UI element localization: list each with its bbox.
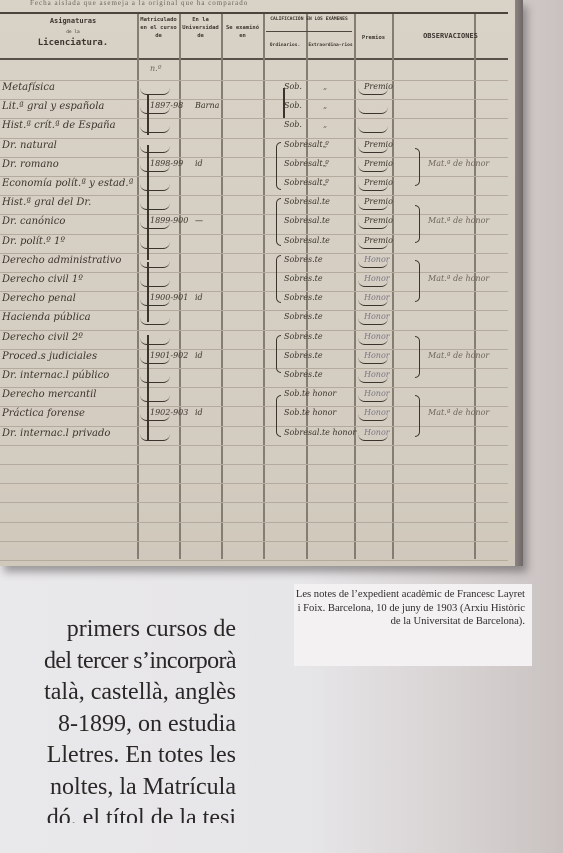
pen-stroke xyxy=(140,126,170,133)
pen-stroke xyxy=(358,203,388,210)
body-text-line: primers cursos de xyxy=(0,614,236,646)
row-rule xyxy=(0,464,508,465)
row-rule xyxy=(0,426,508,427)
row-subject: Dr. canónico xyxy=(2,216,65,227)
pen-stroke xyxy=(358,376,388,383)
row-rule xyxy=(0,330,508,331)
row-grade-ordinario: Sobres.te xyxy=(284,332,323,341)
header-examino-line2: en xyxy=(222,32,263,40)
observation-brace xyxy=(415,336,420,378)
pen-stroke xyxy=(140,357,170,364)
column-divider xyxy=(392,14,394,559)
pen-stroke xyxy=(140,395,170,402)
pen-stroke xyxy=(140,184,170,191)
row-rule xyxy=(0,234,508,235)
body-text-line: noltes, la Matrícula xyxy=(0,772,236,804)
row-subject: Derecho civil 1º xyxy=(2,274,83,285)
ledger-photo: Fecha aislada que asemeja a la original … xyxy=(0,0,523,566)
column-divider xyxy=(221,14,223,559)
column-divider xyxy=(354,14,356,559)
header-ordinarios: Ordinarios. xyxy=(264,42,306,50)
pen-stroke xyxy=(358,434,388,441)
row-universidad: id xyxy=(195,351,203,360)
row-subject: Economía polít.ª y estad.ª xyxy=(2,178,133,189)
grade-brace xyxy=(276,198,281,246)
header-universidad-line1: En la xyxy=(180,16,221,24)
row-grade-extra: „ xyxy=(323,101,327,110)
row-subject: Lit.ª gral y española xyxy=(2,101,104,112)
row-grade-ordinario: Sobres.te xyxy=(284,293,323,302)
body-text-line: Lletres. En totes les xyxy=(0,740,236,772)
column-divider xyxy=(263,14,265,559)
row-rule xyxy=(0,138,508,139)
row-subject: Hist.ª crít.ª de España xyxy=(2,120,116,131)
pen-stroke xyxy=(358,146,388,153)
row-observacion: Mat.ª de honor xyxy=(428,351,489,360)
pen-stroke xyxy=(140,434,170,441)
row-rule xyxy=(0,349,508,350)
row-grade-extra: „ xyxy=(323,140,327,149)
row-rule xyxy=(0,195,508,196)
header-asignaturas: Asignaturas de la Licenciatura. xyxy=(14,16,132,49)
row-rule xyxy=(0,214,508,215)
photo-caption-box: Les notes de l’expedient acadèmic de Fra… xyxy=(294,584,532,666)
header-examino-line1: Se examinó xyxy=(222,24,263,32)
row-observacion: Mat.ª de honor xyxy=(428,408,489,417)
header-premios: Premios xyxy=(355,34,392,42)
pen-stroke xyxy=(140,376,170,383)
row-rule xyxy=(0,502,508,503)
row-grade-ordinario: Sobresal.te xyxy=(284,216,330,225)
row-rule xyxy=(0,291,508,292)
column-divider xyxy=(179,14,181,559)
row-subject: Dr. polít.º 1º xyxy=(2,236,65,247)
pen-stroke xyxy=(140,222,170,229)
row-subject: Derecho penal xyxy=(2,293,76,304)
header-observaciones: OBSERVACIONES xyxy=(393,32,508,40)
row-observacion: Mat.ª de honor xyxy=(428,274,489,283)
pen-stroke xyxy=(140,88,170,95)
row-rule xyxy=(0,406,508,407)
pen-stroke xyxy=(140,203,170,210)
row-subject: Derecho civil 2º xyxy=(2,332,83,343)
row-rule xyxy=(0,387,508,388)
photo-caption: Les notes de l’expedient acadèmic de Fra… xyxy=(295,588,525,629)
header-asignaturas-line1: Asignaturas xyxy=(14,16,132,27)
header-matriculado-line2: en el curso xyxy=(138,24,179,32)
bracket-mark xyxy=(147,145,149,205)
pen-stroke xyxy=(140,280,170,287)
pen-stroke xyxy=(140,146,170,153)
row-subject: Dr. natural xyxy=(2,140,57,151)
pen-stroke xyxy=(358,107,388,114)
body-text: primers cursos de del tercer s’incorporà… xyxy=(0,614,236,823)
row-universidad: id xyxy=(195,293,203,302)
bracket-mark xyxy=(147,395,149,440)
row-grade-ordinario: Sobresal.te xyxy=(284,236,330,245)
row-subject: Derecho mercantil xyxy=(2,389,96,400)
row-rule xyxy=(0,560,508,561)
grade-brace xyxy=(276,395,281,437)
grade-brace xyxy=(276,255,281,303)
header-universidad-line3: de xyxy=(180,32,221,40)
pen-stroke xyxy=(140,107,170,114)
pen-stroke xyxy=(358,299,388,306)
pen-stroke xyxy=(358,184,388,191)
bracket-mark xyxy=(147,95,149,135)
pen-stroke xyxy=(358,338,388,345)
ledger-top-strip: Fecha aislada que asemeja a la original … xyxy=(0,0,523,12)
row-observacion: Mat.ª de honor xyxy=(428,159,489,168)
row-grade-ordinario: Sobres.te xyxy=(284,255,323,264)
row-grade-ordinario: Sobres.te xyxy=(284,351,323,360)
observation-brace xyxy=(415,148,420,186)
row-observacion: Mat.ª de honor xyxy=(428,216,489,225)
pen-stroke xyxy=(358,357,388,364)
pen-stroke xyxy=(358,261,388,268)
row-rule xyxy=(0,253,508,254)
row-grade-ordinario: Sob. xyxy=(284,101,302,110)
observation-brace xyxy=(415,260,420,302)
row-grade-ordinario: Sob. xyxy=(284,120,302,129)
row-universidad: id xyxy=(195,408,203,417)
grade-brace xyxy=(276,142,281,190)
row-rule xyxy=(0,272,508,273)
header-asignaturas-line2: de la xyxy=(14,27,132,38)
row-grade-extra: „ xyxy=(323,120,327,129)
row-rule xyxy=(0,176,508,177)
pen-stroke xyxy=(358,414,388,421)
pen-stroke xyxy=(140,261,170,268)
row-rule xyxy=(0,80,508,81)
row-grade-ordinario: Sob. xyxy=(284,82,302,91)
header-universidad-line2: Universidad xyxy=(180,24,221,32)
pen-stroke xyxy=(358,280,388,287)
row-grade-extra: „ xyxy=(323,178,327,187)
bracket-mark xyxy=(147,335,149,395)
row-grade-ordinario: Sobresal.te xyxy=(284,197,330,206)
row-subject: Metafísica xyxy=(2,82,55,93)
row-grade-ordinario: Sobres.te xyxy=(284,312,323,321)
row-grade-ordinario: Sobres.te xyxy=(284,274,323,283)
row-grade-extra: „ xyxy=(323,82,327,91)
row-grade-extra: „ xyxy=(323,159,327,168)
top-note: n.º xyxy=(150,64,161,73)
row-grade-ordinario: Sob.te honor xyxy=(284,408,336,417)
header-matriculado-line3: de xyxy=(138,32,179,40)
row-subject: Dr. romano xyxy=(2,159,59,170)
observation-brace xyxy=(415,395,420,437)
row-rule xyxy=(0,310,508,311)
body-text-line: del tercer s’incorporà xyxy=(0,646,236,678)
pen-stroke xyxy=(140,242,170,249)
row-rule xyxy=(0,483,508,484)
pen-stroke xyxy=(358,222,388,229)
pen-stroke xyxy=(140,165,170,172)
pen-stroke xyxy=(358,126,388,133)
header-examino: Se examinó en xyxy=(222,24,263,40)
header-bottom-rule xyxy=(0,58,508,60)
column-divider xyxy=(306,14,308,559)
body-text-line: talà, castellà, anglès xyxy=(0,677,236,709)
pen-stroke xyxy=(140,299,170,306)
row-grade-ordinario: Sob.te honor xyxy=(284,389,336,398)
row-rule xyxy=(0,157,508,158)
column-divider xyxy=(474,14,476,559)
pen-stroke xyxy=(140,414,170,421)
header-extraordinarios: Extraordina-rios xyxy=(307,42,354,50)
header-universidad: En la Universidad de xyxy=(180,16,221,40)
pen-stroke xyxy=(140,318,170,325)
pen-stroke xyxy=(140,338,170,345)
header-matriculado-line1: Matriculado xyxy=(138,16,179,24)
observation-brace xyxy=(415,205,420,243)
pen-stroke xyxy=(358,242,388,249)
row-rule xyxy=(0,368,508,369)
row-universidad: — xyxy=(195,216,203,225)
pen-stroke xyxy=(358,88,388,95)
bracket-mark xyxy=(147,262,149,322)
row-universidad: Barna xyxy=(195,101,219,110)
row-subject: Dr. internac.l público xyxy=(2,370,109,381)
bracket-mark xyxy=(147,205,149,260)
pen-stroke xyxy=(358,165,388,172)
header-calificacion: CALIFICACIÓN EN LOS EXÁMENES xyxy=(264,16,354,24)
row-subject: Proced.s judiciales xyxy=(2,351,97,362)
row-grade-ordinario: Sobres.te xyxy=(284,370,323,379)
header-calificacion-rule xyxy=(266,31,352,32)
header-matriculado: Matriculado en el curso de xyxy=(138,16,179,40)
row-rule xyxy=(0,445,508,446)
row-subject: Dr. internac.l privado xyxy=(2,428,110,439)
header-asignaturas-line3: Licenciatura. xyxy=(38,38,108,48)
row-rule xyxy=(0,541,508,542)
row-subject: Hist.ª gral del Dr. xyxy=(2,197,91,208)
row-subject: Hacienda pública xyxy=(2,312,91,323)
row-subject: Derecho administrativo xyxy=(2,255,121,266)
row-rule xyxy=(0,99,508,100)
bracket-mark xyxy=(283,88,285,118)
grade-brace xyxy=(276,335,281,373)
body-text-line: 8-1899, on estudia xyxy=(0,709,236,741)
pen-stroke xyxy=(358,318,388,325)
row-grade-ordinario: Sobresal.te honor xyxy=(284,428,356,437)
row-rule xyxy=(0,118,508,119)
pen-stroke xyxy=(358,395,388,402)
row-universidad: id xyxy=(195,159,203,168)
column-divider xyxy=(137,14,139,559)
body-text-line: dó, el títol de la tesi xyxy=(0,803,236,823)
row-subject: Práctica forense xyxy=(2,408,85,419)
row-rule xyxy=(0,522,508,523)
header-top-rule xyxy=(0,12,508,14)
